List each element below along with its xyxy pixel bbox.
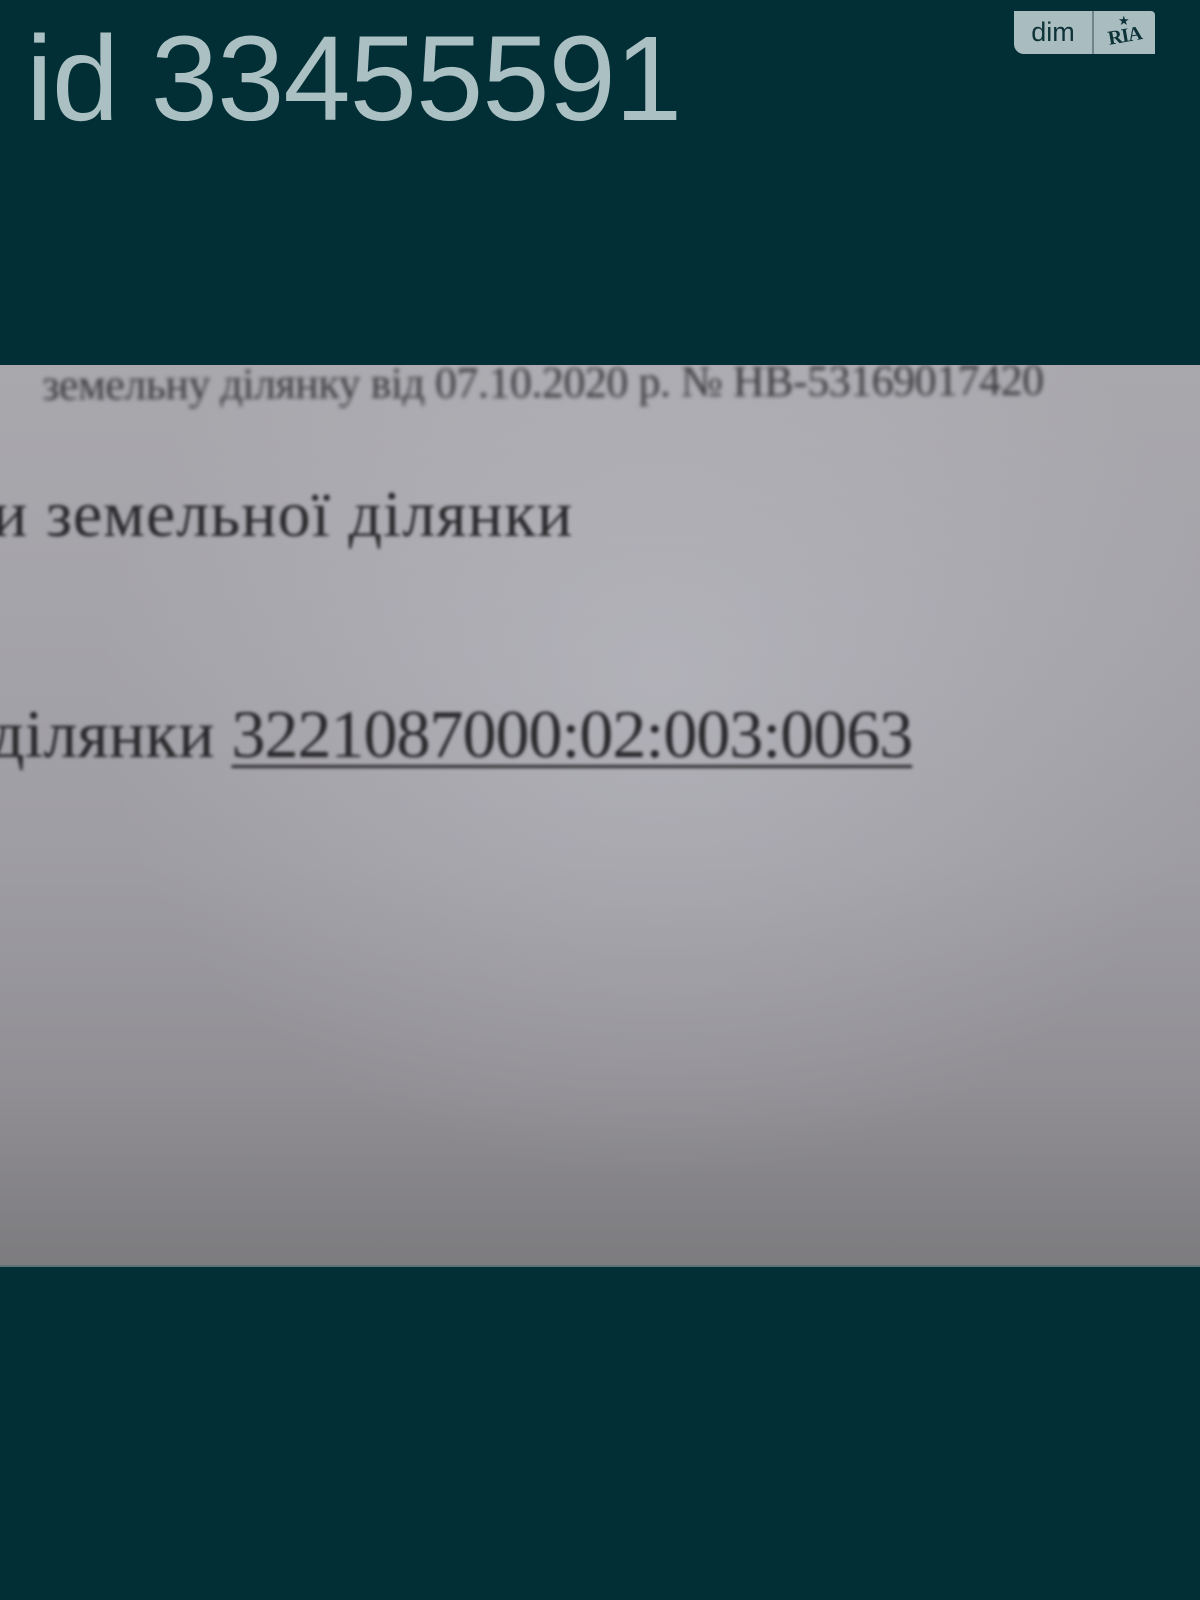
listing-id: id 33455591 (26, 18, 681, 139)
cadastral-number: 3221087000:02:003:0063 (232, 696, 913, 772)
dimria-logo[interactable]: dim ★ RIA (1014, 11, 1155, 54)
document-line-cadastral: ділянки 3221087000:02:003:0063 (0, 695, 912, 774)
cadastral-label: ділянки (0, 696, 232, 772)
logo-ria-text: RIA (1106, 22, 1143, 50)
document-line-extract-date: земельну ділянку від 07.10.2020 р. № НВ-… (42, 365, 1044, 411)
logo-ria-mark: ★ RIA (1094, 11, 1155, 54)
logo-dim-text: dim (1014, 11, 1094, 54)
document-line-heading: и земельної ділянки (0, 477, 573, 553)
document-photo[interactable]: земельну ділянку від 07.10.2020 р. № НВ-… (0, 365, 1200, 1267)
